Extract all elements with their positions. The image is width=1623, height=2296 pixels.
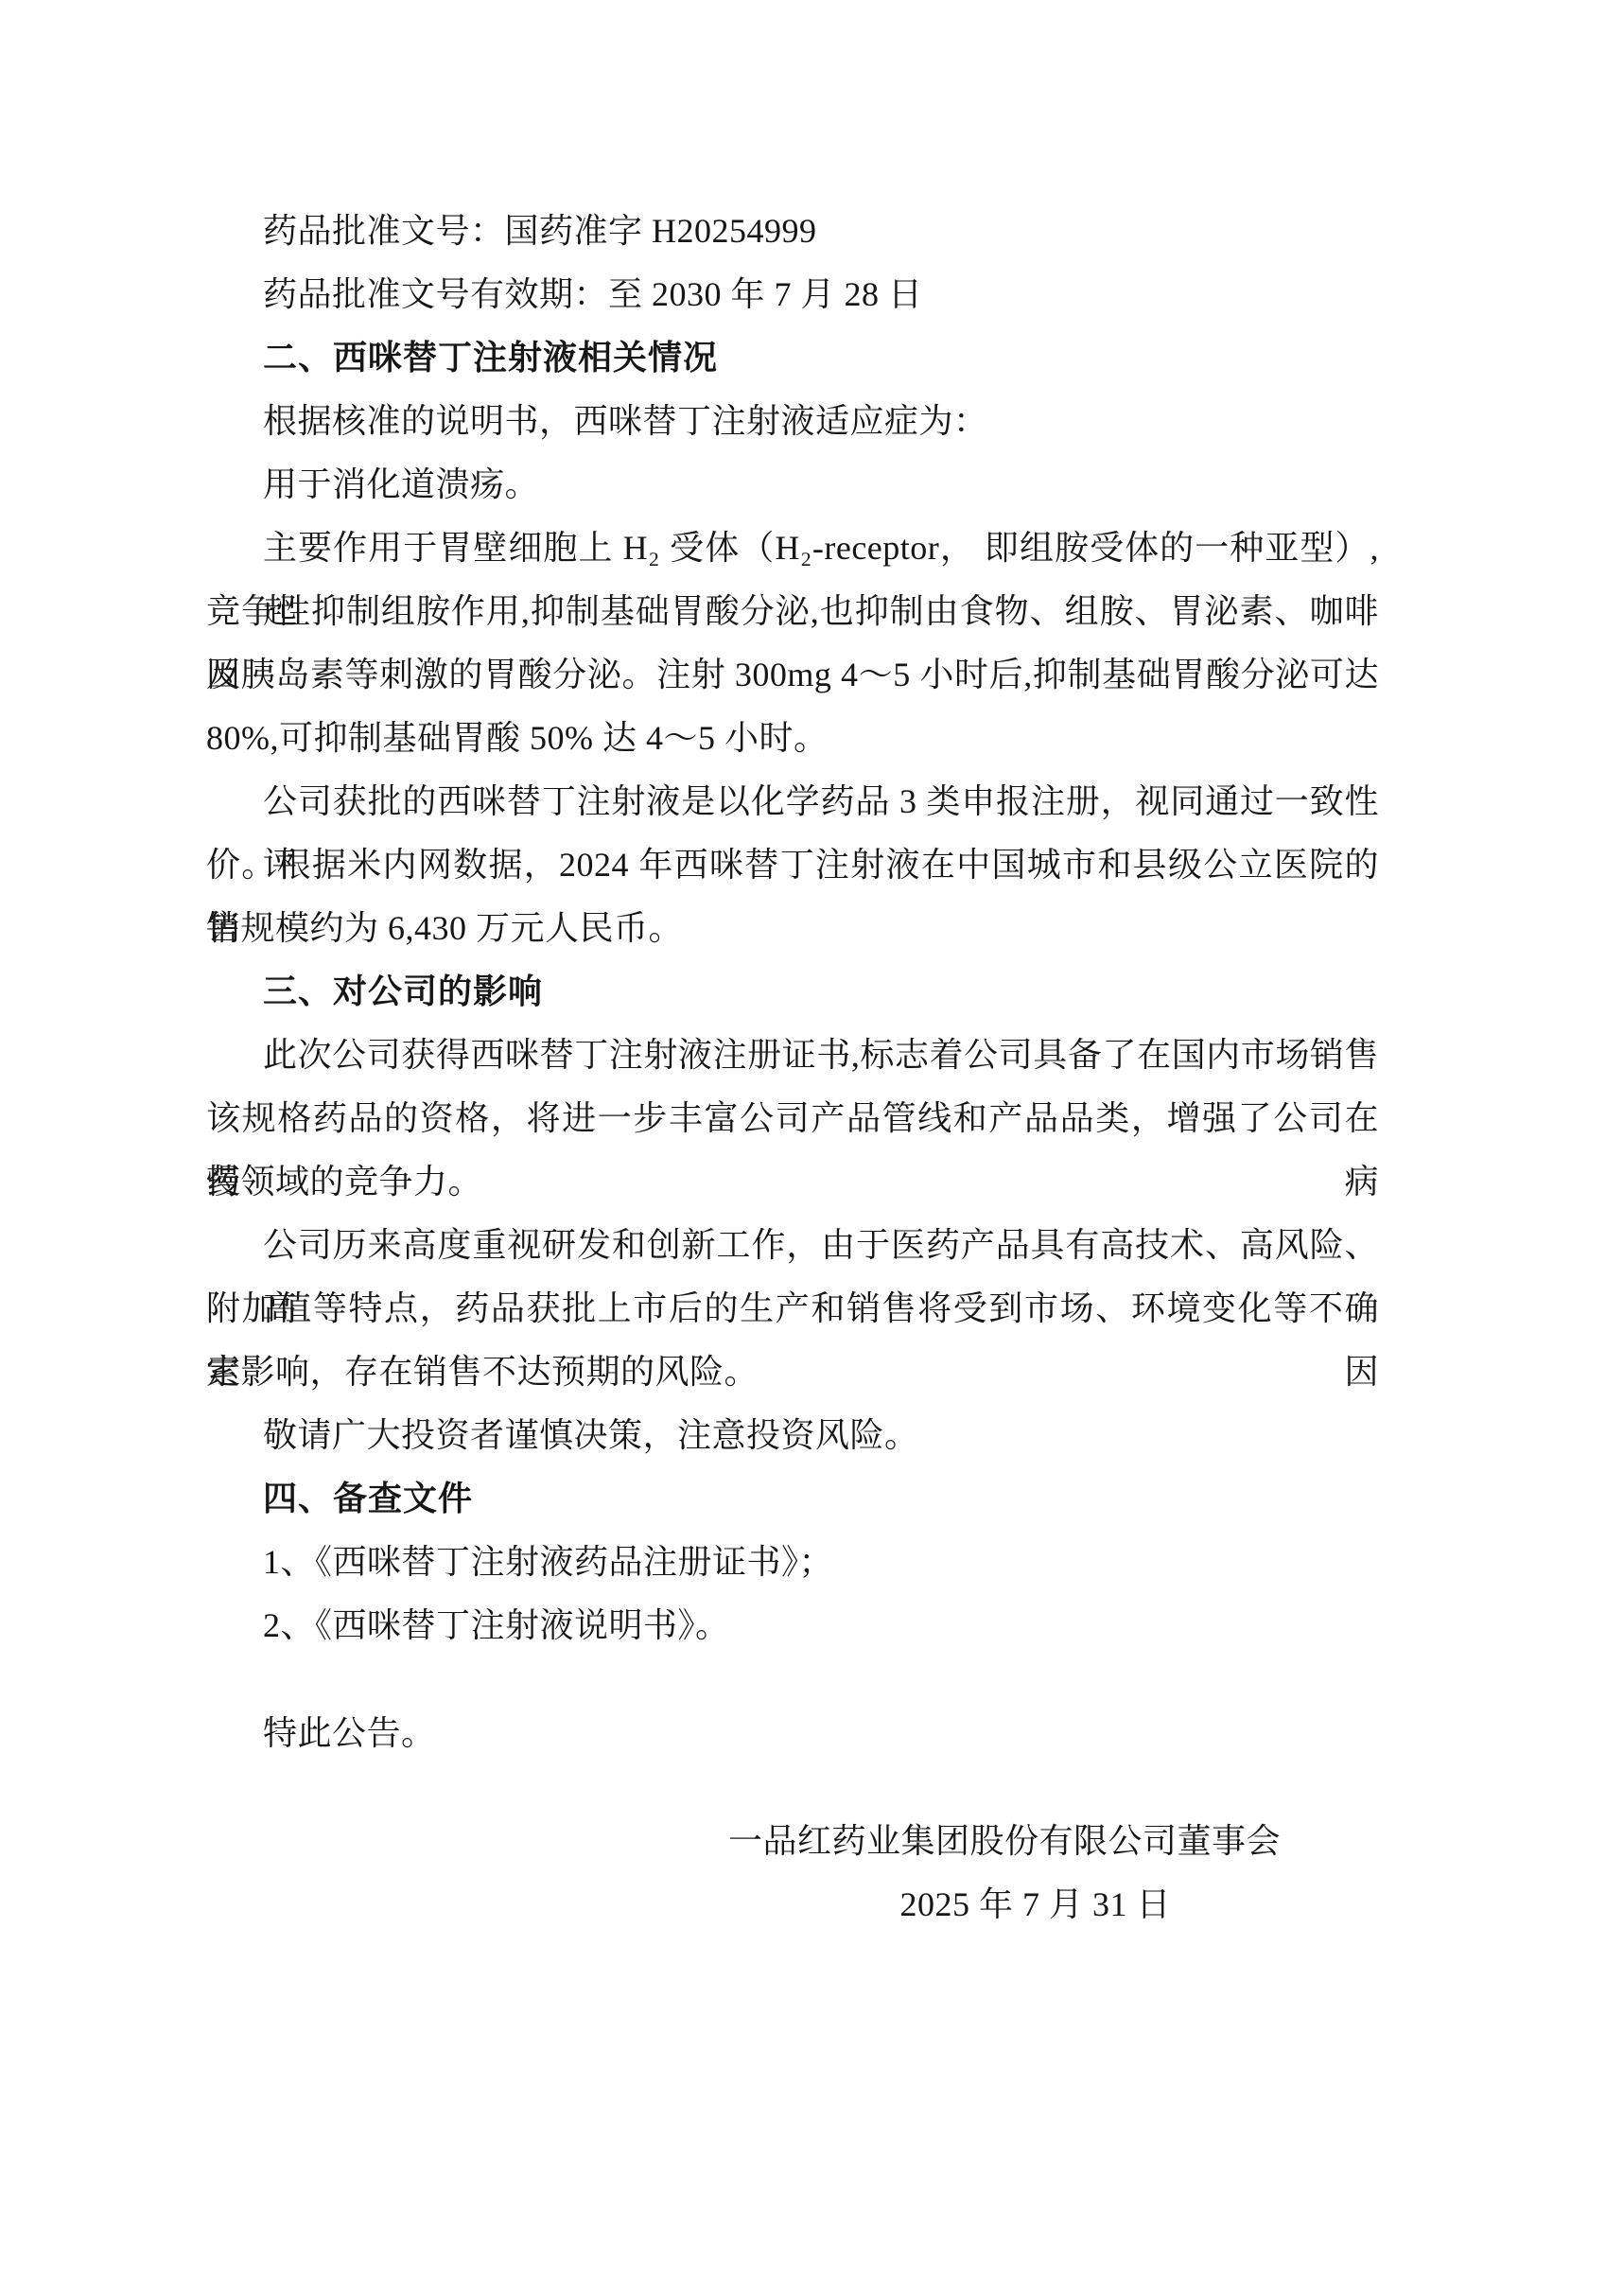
announcement-closing-line: 特此公告。 (206, 1702, 1379, 1765)
blank-line-spacer (206, 1765, 1379, 1810)
mechanism-paragraph-line-3: 及胰岛素等刺激的胃酸分泌。注射 300mg 4～5 小时后,抑制基础胃酸分泌可达 (206, 643, 1379, 707)
section3-heading: 三、对公司的影响 (206, 960, 1379, 1024)
mechanism-paragraph-line-2: 竞争性抑制组胺作用,抑制基础胃酸分泌,也抑制由食物、组胺、胃泌素、咖啡因 (206, 580, 1379, 643)
registration-paragraph-line-1: 公司获批的西咪替丁注射液是以化学药品 3 类申报注册，视同通过一致性评 (206, 770, 1379, 833)
drug-approval-number-line: 药品批准文号：国药准字 H20254999 (206, 200, 1379, 263)
reference-doc-1-line: 1、《西咪替丁注射液药品注册证书》； (206, 1531, 1379, 1594)
impact-paragraph-line-1: 此次公司获得西咪替丁注射液注册证书,标志着公司具备了在国内市场销售 (206, 1024, 1379, 1087)
blank-line-spacer (206, 1657, 1379, 1702)
reference-doc-2-line: 2、《西咪替丁注射液说明书》。 (206, 1594, 1379, 1657)
indication-intro-line: 根据核准的说明书，西咪替丁注射液适应症为： (206, 390, 1379, 453)
impact-paragraph-line-2: 该规格药品的资格，将进一步丰富公司产品管线和产品品类，增强了公司在慢病 (206, 1087, 1379, 1150)
mechanism-paragraph-line-1: 主要作用于胃壁细胞上 H₂ 受体（H₂-receptor， 即组胺受体的一种亚型… (206, 517, 1379, 580)
registration-paragraph-line-3: 售规模约为 6,430 万元人民币。 (206, 897, 1379, 960)
section4-heading: 四、备查文件 (206, 1467, 1379, 1531)
investor-notice-line: 敬请广大投资者谨慎决策，注意投资风险。 (206, 1404, 1379, 1467)
risk-paragraph-line-2: 附加值等特点，药品获批上市后的生产和销售将受到市场、环境变化等不确定因 (206, 1277, 1379, 1341)
section2-heading: 二、西咪替丁注射液相关情况 (206, 326, 1379, 390)
document-page: 药品批准文号：国药准字 H20254999 药品批准文号有效期：至 2030 年… (0, 0, 1623, 2296)
signature-date-line: 2025 年 7 月 31 日 (206, 1873, 1379, 1937)
approval-validity-line: 药品批准文号有效期：至 2030 年 7 月 28 日 (206, 263, 1379, 326)
risk-paragraph-line-1: 公司历来高度重视研发和创新工作，由于医药产品具有高技术、高风险、高 (206, 1214, 1379, 1277)
indication-line: 用于消化道溃疡。 (206, 453, 1379, 517)
document-content: 药品批准文号：国药准字 H20254999 药品批准文号有效期：至 2030 年… (206, 200, 1379, 1937)
registration-paragraph-line-2: 价。根据米内网数据，2024 年西咪替丁注射液在中国城市和县级公立医院的销 (206, 833, 1379, 897)
mechanism-paragraph-line-4: 80%,可抑制基础胃酸 50% 达 4～5 小时。 (206, 707, 1379, 770)
signature-company-line: 一品红药业集团股份有限公司董事会 (206, 1810, 1379, 1873)
